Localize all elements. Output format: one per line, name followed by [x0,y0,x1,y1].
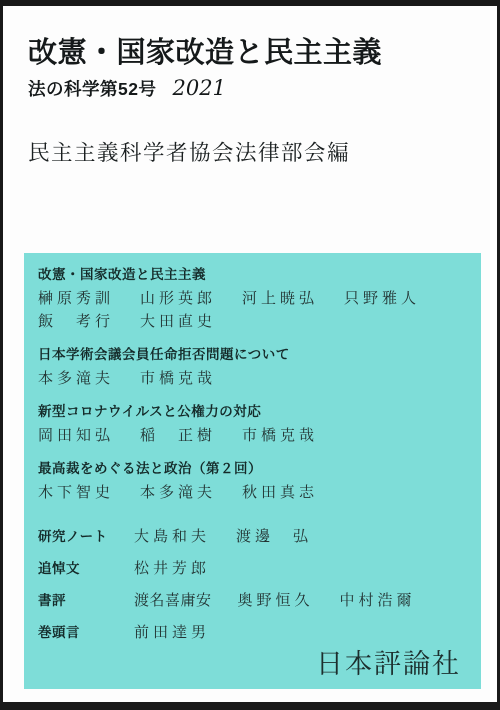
author-row: 本多滝夫市橋克哉 [38,367,467,388]
toc-section-kaiken: 改憲・国家改造と民主主義 榊原秀訓山形英郎河上暁弘只野雅人 飯 考行大田直史 [38,263,467,331]
series-title: 法の科学第52号 [28,76,156,101]
author-name: 秋田真志 [242,481,318,502]
section-heading: 最高裁をめぐる法と政治（第２回） [38,457,467,477]
author-name: 本多滝夫 [38,367,114,388]
editor-name: 民主主義科学者協会法律部会編 [28,136,350,167]
toc-row-kantogen: 巻頭言 前田達男 [38,621,467,642]
author-name: 大島和夫 [134,525,210,546]
author-row: 岡田知弘稲 正樹市橋克哉 [38,424,467,445]
author-row: 前田達男 [134,621,210,642]
author-name: 岡田知弘 [38,424,114,445]
author-name: 前田達男 [134,621,210,642]
author-name: 大田直史 [140,310,216,331]
author-name: 渡邊 弘 [236,525,312,546]
author-name: 中村浩爾 [340,589,416,610]
contents-box: 改憲・国家改造と民主主義 榊原秀訓山形英郎河上暁弘只野雅人 飯 考行大田直史 日… [24,253,481,689]
cover-title: 改憲・国家改造と民主主義 [28,30,382,71]
toc-section-corona: 新型コロナウイルスと公権力の対応 岡田知弘稲 正樹市橋克哉 [38,400,467,445]
toc-section-gakujutsu-kaigi: 日本学術会議会員任命拒否問題について 本多滝夫市橋克哉 [38,343,467,388]
row-label: 巻頭言 [38,621,134,641]
author-row: 渡名喜庸安奥野恒久中村浩爾 [134,589,416,610]
toc-row-shohyo: 書評 渡名喜庸安奥野恒久中村浩爾 [38,589,467,610]
author-name: 飯 考行 [38,310,114,331]
author-name: 木下智史 [38,481,114,502]
toc-row-tsuitobun: 追悼文 松井芳郎 [38,557,467,578]
author-name: 榊原秀訓 [38,287,114,308]
row-label: 書評 [38,589,134,609]
row-label: 追悼文 [38,557,134,577]
publisher-name: 日本評論社 [316,642,467,695]
subtitle-line: 法の科学第52号 2021 [28,76,226,101]
section-heading: 新型コロナウイルスと公権力の対応 [38,400,467,420]
author-row: 榊原秀訓山形英郎河上暁弘只野雅人 [38,287,467,308]
author-row: 木下智史本多滝夫秋田真志 [38,481,467,502]
author-name: 稲 正樹 [140,424,216,445]
author-name: 奥野恒久 [238,589,314,610]
author-name: 渡名喜庸安 [134,589,212,610]
author-name: 山形英郎 [140,287,216,308]
cover-page: 改憲・国家改造と民主主義 法の科学第52号 2021 民主主義科学者協会法律部会… [3,6,497,702]
row-label: 研究ノート [38,525,134,545]
toc-row-kenkyu-note: 研究ノート 大島和夫渡邊 弘 [38,525,467,546]
section-heading: 改憲・国家改造と民主主義 [38,263,467,283]
author-name: 只野雅人 [344,287,420,308]
author-row: 松井芳郎 [134,557,210,578]
author-row: 大島和夫渡邊 弘 [134,525,312,546]
toc-section-saikosai: 最高裁をめぐる法と政治（第２回） 木下智史本多滝夫秋田真志 [38,457,467,502]
author-name: 市橋克哉 [242,424,318,445]
author-name: 市橋克哉 [140,367,216,388]
author-name: 河上暁弘 [242,287,318,308]
author-name: 松井芳郎 [134,557,210,578]
publication-year: 2021 [172,76,225,100]
section-heading: 日本学術会議会員任命拒否問題について [38,343,467,363]
author-row: 飯 考行大田直史 [38,310,467,331]
book-cover: { "cover": { "title": "改憲・国家改造と民主主義", "s… [0,0,500,710]
author-name: 本多滝夫 [140,481,216,502]
